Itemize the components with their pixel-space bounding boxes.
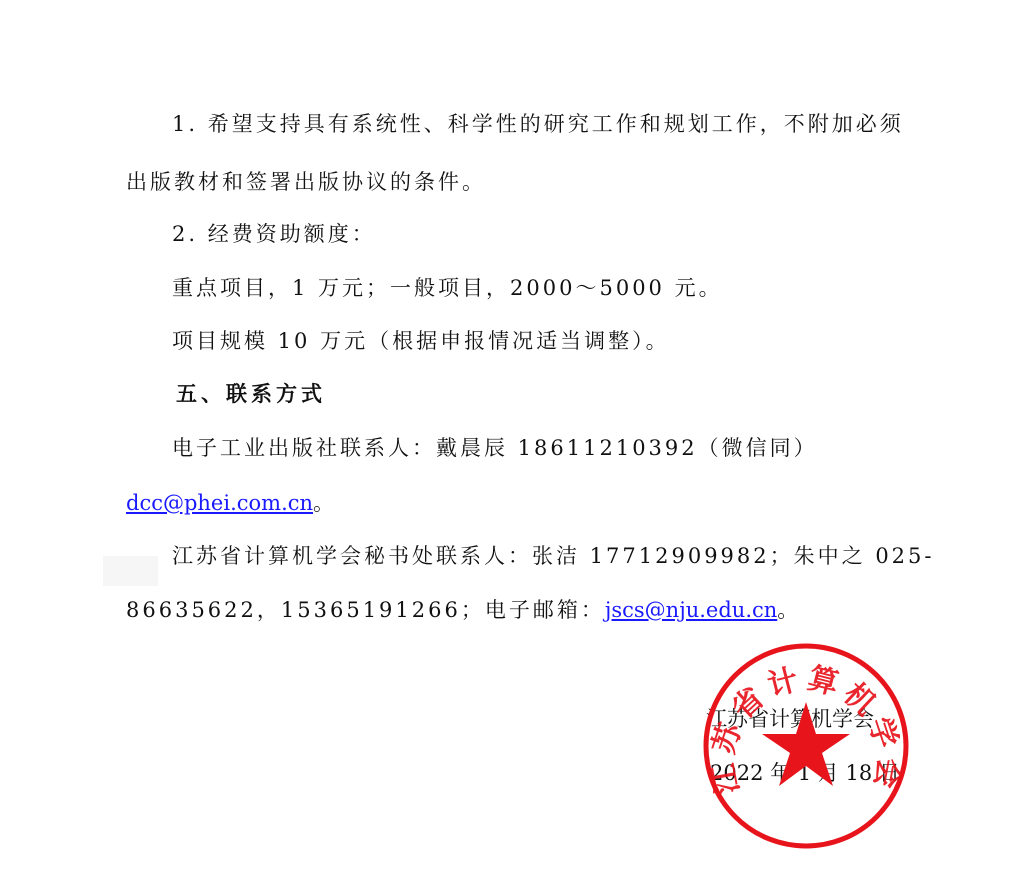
phei-email-link[interactable]: dcc@phei.com.cn (126, 491, 313, 515)
section-heading-contact: 五、联系方式 (176, 380, 326, 408)
contact-jscs-line2: 86635622，15365191266；电子邮箱：jscs@nju.edu.c… (126, 596, 801, 624)
jscs-email-link[interactable]: jscs@nju.edu.cn (605, 598, 777, 622)
jscs-phone-prefix: 86635622，15365191266；电子邮箱： (126, 598, 605, 622)
paragraph-project-scale: 项目规模 10 万元（根据申报情况适当调整）。 (172, 327, 670, 355)
official-seal: 江苏省计算机学会 (700, 640, 912, 852)
seal-icon: 江苏省计算机学会 (700, 640, 912, 852)
contact-phei: 电子工业出版社联系人：戴晨辰 18611210392（微信同） (172, 434, 818, 462)
scan-smudge (103, 556, 158, 586)
paragraph-goal-line1: 1. 希望支持具有系统性、科学性的研究工作和规划工作，不附加必须 (172, 110, 904, 138)
paragraph-goal-line2: 出版教材和签署出版协议的条件。 (126, 168, 486, 196)
contact-phei-email-line: dcc@phei.com.cn。 (126, 489, 337, 517)
paragraph-funding-heading: 2. 经费资助额度： (172, 220, 376, 248)
paragraph-funding-amounts: 重点项目，1 万元；一般项目，2000～5000 元。 (172, 274, 723, 302)
contact-jscs-line1: 江苏省计算机学会秘书处联系人：张洁 17712909982；朱中之 025- (172, 542, 935, 570)
jscs-email-suffix: 。 (777, 598, 801, 622)
phei-email-suffix: 。 (313, 491, 337, 515)
